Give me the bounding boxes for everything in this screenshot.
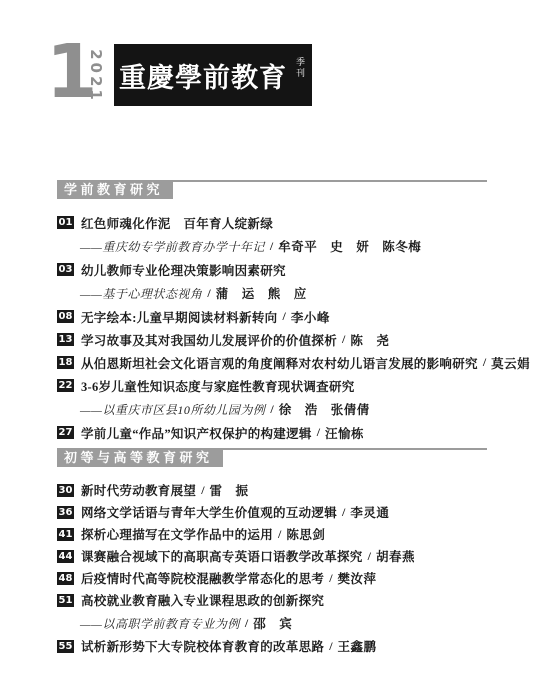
author-separator: / (270, 402, 273, 417)
article-title: 学习故事及其对我国幼儿发展评价的价值探析 (81, 331, 337, 349)
section-rule: 学前教育研究 (57, 180, 487, 198)
article-title: 3-6岁儿童性知识态度与家庭性教育现状调查研究 (81, 377, 355, 395)
article-title: 探析心理描写在文学作品中的运用 (81, 525, 273, 543)
article-authors: 雷 振 (210, 481, 249, 499)
author-separator: / (270, 239, 273, 254)
toc-entry[interactable]: 36网络文学话语与青年大学生价值观的互动逻辑/李灵通 (57, 501, 487, 523)
author-separator: / (342, 505, 345, 520)
toc-entry-subtitle[interactable]: ——基于心理状态视角/蒲 运 熊 应 (57, 281, 487, 305)
article-title: 红色师魂化作泥 百年育人绽新绿 (81, 214, 273, 232)
section-preschool-education: 学前教育研究 01红色师魂化作泥 百年育人绽新绿——重庆幼专学前教育办学十年记/… (57, 180, 487, 444)
article-title: 从伯恩斯坦社会文化语言观的角度阐释对农村幼儿语言发展的影响研究 (81, 354, 478, 372)
article-title: 试析新形势下大专院校体育教育的改革思路 (81, 637, 324, 655)
page-number-badge: 41 (57, 528, 74, 541)
article-title: 课赛融合视域下的高职高专英语口语教学改革探究 (81, 547, 363, 565)
page-number-badge: 44 (57, 550, 74, 563)
page-number-badge: 48 (57, 572, 74, 585)
author-separator: / (317, 425, 320, 440)
toc-entry[interactable]: 08无字绘本:儿童早期阅读材料新转向/李小峰 (57, 305, 487, 328)
article-authors: 邵 宾 (253, 614, 292, 632)
article-subtitle: ——以重庆市区县10所幼儿园为例 (80, 401, 265, 418)
article-title: 新时代劳动教育展望 (81, 481, 196, 499)
toc-entry[interactable]: 44课赛融合视域下的高职高专英语口语教学改革探究/胡春燕 (57, 545, 487, 567)
article-authors: 陈 尧 (350, 331, 389, 349)
toc-entry[interactable]: 13学习故事及其对我国幼儿发展评价的价值探析/陈 尧 (57, 328, 487, 351)
page-number-badge: 36 (57, 506, 74, 519)
article-title: 幼儿教师专业伦理决策影响因素研究 (81, 261, 286, 279)
toc-items: 01红色师魂化作泥 百年育人绽新绿——重庆幼专学前教育办学十年记/牟奇平 史 妍… (57, 211, 487, 444)
journal-title: 重慶學前教育 (122, 44, 284, 106)
article-authors: 王鑫鹏 (338, 637, 377, 655)
toc-entry[interactable]: 18从伯恩斯坦社会文化语言观的角度阐释对农村幼儿语言发展的影响研究/莫云娟 (57, 351, 487, 374)
article-authors: 李灵通 (350, 503, 389, 521)
author-separator: / (207, 286, 210, 301)
issue-year-label: 2021 (87, 49, 105, 103)
article-title: 网络文学话语与青年大学生价值观的互动逻辑 (81, 503, 337, 521)
article-authors: 莫云娟 (491, 354, 530, 372)
toc-entry[interactable]: 27学前儿童“作品”知识产权保护的构建逻辑/汪愉栋 (57, 421, 487, 444)
article-subtitle: ——重庆幼专学前教育办学十年记 (80, 238, 265, 255)
author-separator: / (329, 639, 332, 654)
article-authors: 樊汝萍 (338, 569, 377, 587)
page-number-badge: 30 (57, 484, 74, 497)
author-separator: / (329, 571, 332, 586)
article-authors: 胡春燕 (376, 547, 415, 565)
article-title: 无字绘本:儿童早期阅读材料新转向 (81, 308, 277, 326)
issue-year: 2021 (86, 45, 106, 107)
page-number-badge: 22 (57, 379, 74, 392)
page-number-badge: 13 (57, 333, 74, 346)
page-number-badge: 01 (57, 216, 74, 229)
toc-entry[interactable]: 30新时代劳动教育展望/雷 振 (57, 479, 487, 501)
author-separator: / (368, 549, 371, 564)
toc-entry[interactable]: 01红色师魂化作泥 百年育人绽新绿 (57, 211, 487, 234)
section-primary-higher-education: 初等与高等教育研究 30新时代劳动教育展望/雷 振36网络文学话语与青年大学生价… (57, 448, 487, 657)
article-subtitle: ——基于心理状态视角 (80, 285, 202, 302)
section-rule: 初等与高等教育研究 (57, 448, 487, 466)
article-authors: 汪愉栋 (325, 424, 364, 442)
section-title-bar: 初等与高等教育研究 (57, 450, 223, 467)
journal-frequency-label: 季刊 (294, 57, 307, 79)
toc-entry[interactable]: 03幼儿教师专业伦理决策影响因素研究 (57, 258, 487, 281)
toc-entry[interactable]: 223-6岁儿童性知识态度与家庭性教育现状调查研究 (57, 374, 487, 397)
article-authors: 李小峰 (291, 308, 330, 326)
author-separator: / (342, 332, 345, 347)
page-number-badge: 51 (57, 594, 74, 607)
page-number-badge: 03 (57, 263, 74, 276)
author-separator: / (201, 483, 204, 498)
toc-entry-subtitle[interactable]: ——以重庆市区县10所幼儿园为例/徐 浩 张倩倩 (57, 397, 487, 421)
author-separator: / (278, 527, 281, 542)
journal-title-banner: 重慶學前教育 季刊 (114, 44, 312, 106)
article-subtitle: ——以高职学前教育专业为例 (80, 615, 240, 632)
toc-entry[interactable]: 55试析新形势下大专院校体育教育的改革思路/王鑫鹏 (57, 635, 487, 657)
toc-entry-subtitle[interactable]: ——以高职学前教育专业为例/邵 宾 (57, 611, 487, 635)
toc-entry[interactable]: 41探析心理描写在文学作品中的运用/陈思剑 (57, 523, 487, 545)
author-separator: / (245, 616, 248, 631)
toc-items: 30新时代劳动教育展望/雷 振36网络文学话语与青年大学生价值观的互动逻辑/李灵… (57, 479, 487, 657)
section-title-bar: 学前教育研究 (57, 182, 173, 199)
toc-entry[interactable]: 51高校就业教育融入专业课程思政的创新探究 (57, 589, 487, 611)
article-authors: 牟奇平 史 妍 陈冬梅 (278, 237, 421, 255)
toc-entry[interactable]: 48后疫情时代高等院校混融教学常态化的思考/樊汝萍 (57, 567, 487, 589)
page-number-badge: 55 (57, 640, 74, 653)
journal-toc-page: 1 2021 重慶學前教育 季刊 学前教育研究 01红色师魂化作泥 百年育人绽新… (0, 0, 539, 690)
article-title: 学前儿童“作品”知识产权保护的构建逻辑 (81, 424, 312, 442)
article-title: 高校就业教育融入专业课程思政的创新探究 (81, 591, 324, 609)
toc-entry-subtitle[interactable]: ——重庆幼专学前教育办学十年记/牟奇平 史 妍 陈冬梅 (57, 234, 487, 258)
article-title: 后疫情时代高等院校混融教学常态化的思考 (81, 569, 324, 587)
article-authors: 徐 浩 张倩倩 (279, 400, 370, 418)
page-number-badge: 08 (57, 310, 74, 323)
page-number-badge: 18 (57, 356, 74, 369)
page-number-badge: 27 (57, 426, 74, 439)
article-authors: 陈思剑 (286, 525, 325, 543)
article-authors: 蒲 运 熊 应 (216, 284, 307, 302)
author-separator: / (282, 309, 285, 324)
author-separator: / (483, 355, 486, 370)
